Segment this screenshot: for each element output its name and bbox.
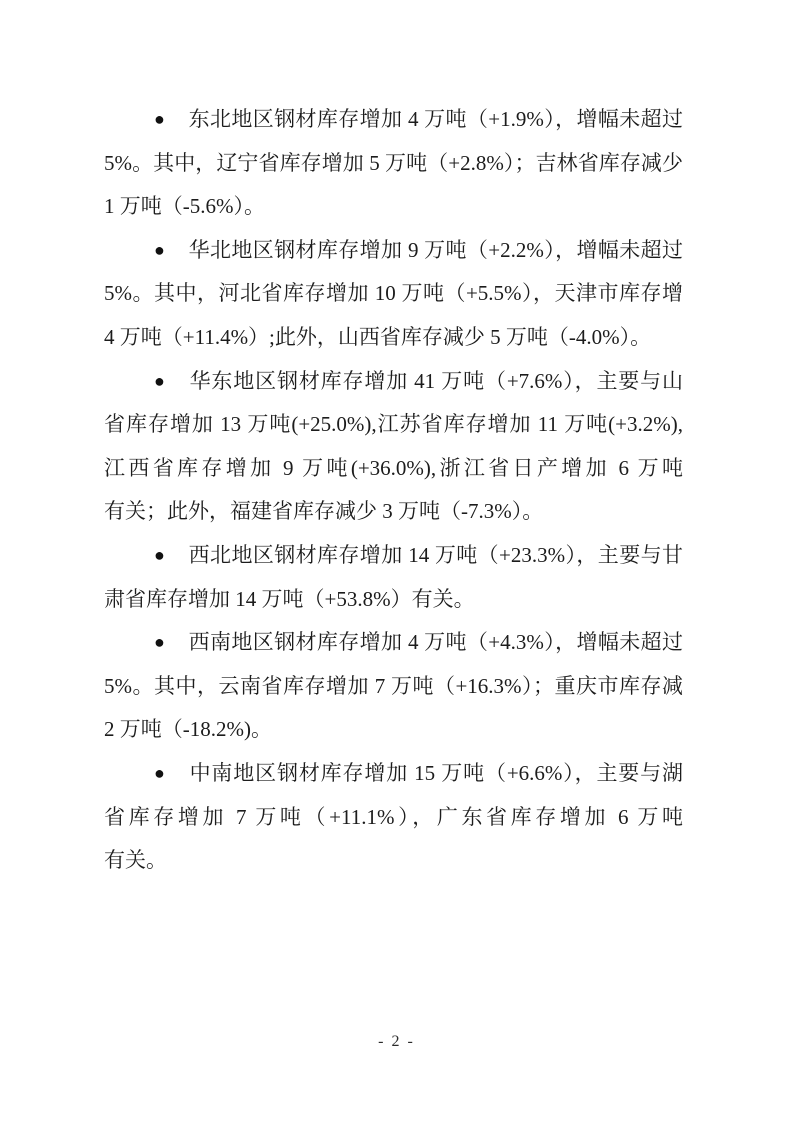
- bullet-icon: ●: [154, 632, 165, 652]
- paragraph-text: 西北地区钢材库存增加 14 万吨（+23.3%），主要与甘: [188, 543, 683, 567]
- paragraph-text: 华北地区钢材库存增加 9 万吨（+2.2%），增幅未超过: [188, 238, 683, 262]
- bullet-icon: ●: [154, 109, 165, 129]
- bullet-item-east: ●华东地区钢材库存增加 41 万吨（+7.6%），主要与山东 省库存增加 13 …: [104, 360, 683, 534]
- paragraph-text: 2 万吨（-18.2%)。: [104, 708, 683, 752]
- paragraph-text: 东北地区钢材库存增加 4 万吨（+1.9%），增幅未超过: [188, 107, 683, 131]
- bullet-line: ●华北地区钢材库存增加 9 万吨（+2.2%），增幅未超过: [104, 229, 683, 273]
- bullet-line: ●西南地区钢材库存增加 4 万吨（+4.3%），增幅未超过: [104, 621, 683, 665]
- paragraph-text: 省库存增加 13 万吨(+25.0%),江苏省库存增加 11 万吨(+3.2%)…: [104, 403, 683, 447]
- bullet-line: ●华东地区钢材库存增加 41 万吨（+7.6%），主要与山东: [104, 360, 683, 404]
- document-page: ●东北地区钢材库存增加 4 万吨（+1.9%），增幅未超过 5%。其中，辽宁省库…: [0, 0, 793, 1122]
- bullet-icon: ●: [154, 371, 166, 391]
- bullet-line: ●中南地区钢材库存增加 15 万吨（+6.6%），主要与湖南: [104, 752, 683, 796]
- paragraph-text: 有关；此外，福建省库存减少 3 万吨（-7.3%）。: [104, 490, 683, 534]
- bullet-item-northeast: ●东北地区钢材库存增加 4 万吨（+1.9%），增幅未超过 5%。其中，辽宁省库…: [104, 98, 683, 229]
- bullet-line: ●西北地区钢材库存增加 14 万吨（+23.3%），主要与甘: [104, 534, 683, 578]
- bullet-item-southcentral: ●中南地区钢材库存增加 15 万吨（+6.6%），主要与湖南 省库存增加 7 万…: [104, 752, 683, 883]
- paragraph-text: 江西省库存增加 9 万吨(+36.0%),浙江省日产增加 6 万吨(+31.6%…: [104, 447, 683, 491]
- page-number: - 2 -: [0, 1030, 793, 1054]
- bullet-line: ●东北地区钢材库存增加 4 万吨（+1.9%），增幅未超过: [104, 98, 683, 142]
- paragraph-text: 有关。: [104, 839, 683, 883]
- bullet-icon: ●: [154, 240, 165, 260]
- paragraph-text: 肃省库存增加 14 万吨（+53.8%）有关。: [104, 578, 683, 622]
- bullet-icon: ●: [154, 545, 165, 565]
- paragraph-text: 中南地区钢材库存增加 15 万吨（+6.6%），主要与湖南: [154, 761, 683, 796]
- paragraph-text: 4 万吨（+11.4%）;此外，山西省库存减少 5 万吨（-4.0%）。: [104, 316, 683, 360]
- bullet-item-northwest: ●西北地区钢材库存增加 14 万吨（+23.3%），主要与甘 肃省库存增加 14…: [104, 534, 683, 621]
- paragraph-text: 1 万吨（-5.6%）。: [104, 185, 683, 229]
- paragraph-text: 5%。其中，河北省库存增加 10 万吨（+5.5%），天津市库存增加: [104, 272, 683, 316]
- paragraph-text: 省库存增加 7 万吨（+11.1%），广东省库存增加 6 万吨（+17.6%）: [104, 796, 683, 840]
- paragraph-text: 西南地区钢材库存增加 4 万吨（+4.3%），增幅未超过: [188, 630, 683, 654]
- paragraph-text: 5%。其中，云南省库存增加 7 万吨（+16.3%）；重庆市库存减少: [104, 665, 683, 709]
- paragraph-text: 5%。其中，辽宁省库存增加 5 万吨（+2.8%）；吉林省库存减少: [104, 142, 683, 186]
- paragraph-text: 华东地区钢材库存增加 41 万吨（+7.6%），主要与山东: [154, 369, 683, 404]
- document-body: ●东北地区钢材库存增加 4 万吨（+1.9%），增幅未超过 5%。其中，辽宁省库…: [104, 98, 683, 883]
- bullet-item-southwest: ●西南地区钢材库存增加 4 万吨（+4.3%），增幅未超过 5%。其中，云南省库…: [104, 621, 683, 752]
- bullet-item-north: ●华北地区钢材库存增加 9 万吨（+2.2%），增幅未超过 5%。其中，河北省库…: [104, 229, 683, 360]
- bullet-icon: ●: [154, 763, 166, 783]
